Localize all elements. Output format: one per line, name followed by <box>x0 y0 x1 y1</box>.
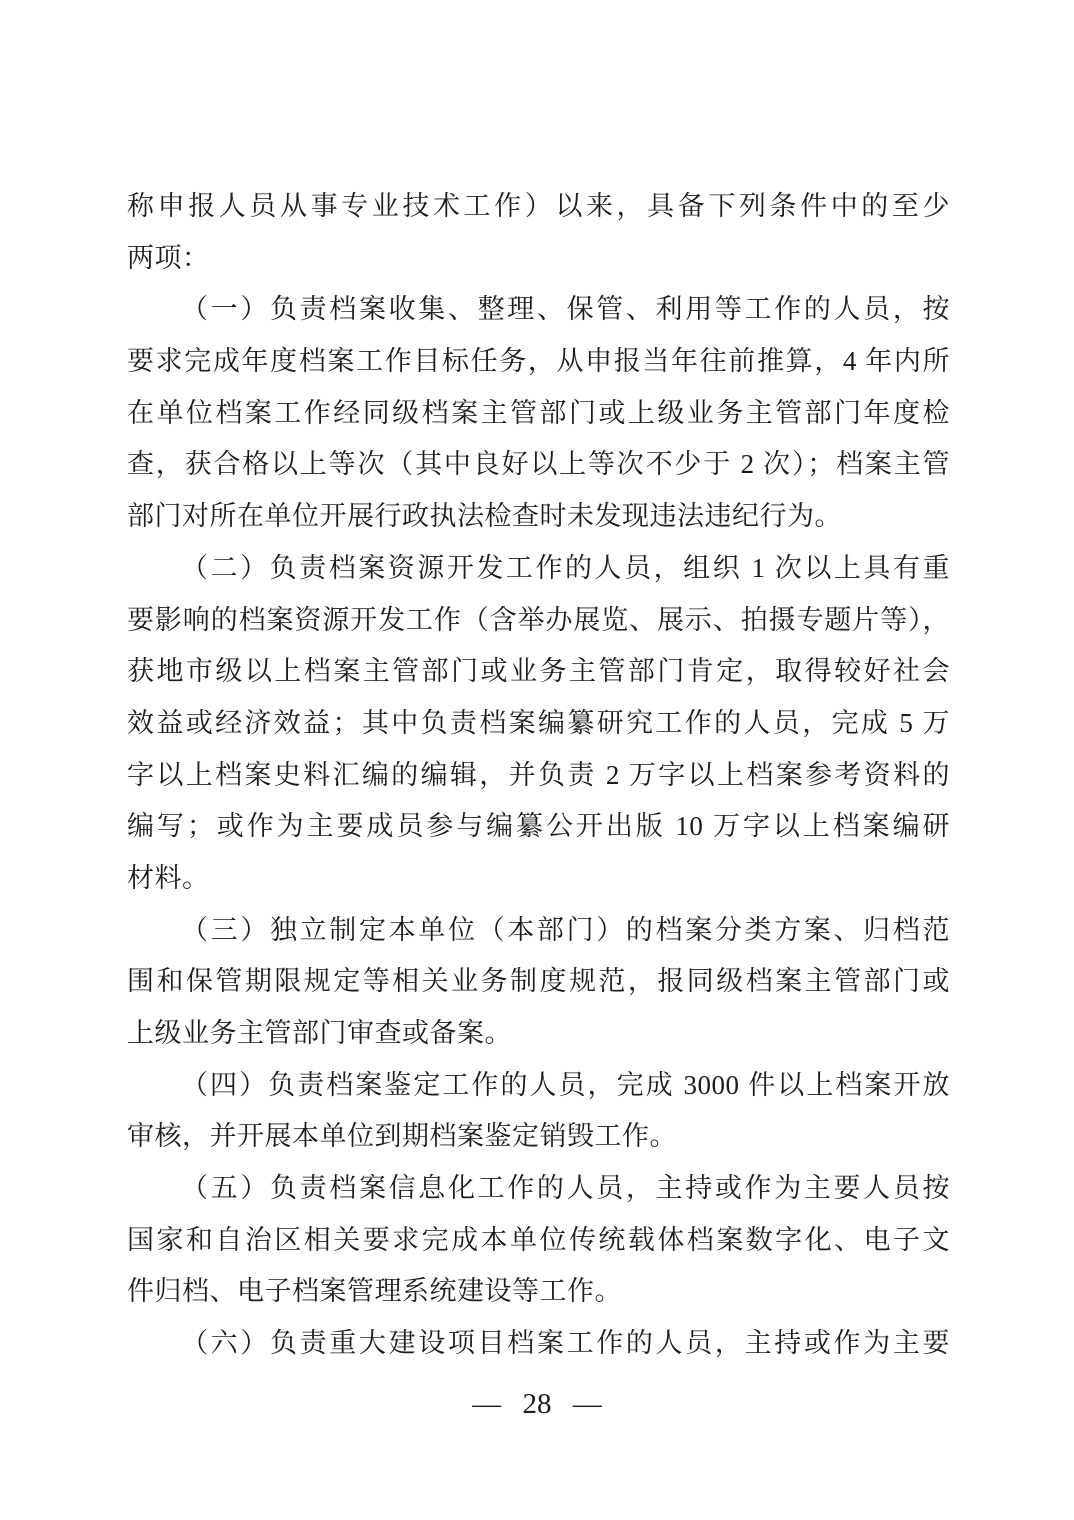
text-line: 部门对所在单位开展行政执法检查时未发现违法违纪行为。 <box>127 491 950 543</box>
text-line: （五）负责档案信息化工作的人员，主持或作为主要人员按 <box>127 1163 950 1215</box>
text-line: 要影响的档案资源开发工作（含举办展览、展示、拍摄专题片等）， <box>127 595 950 647</box>
document-body: 称申报人员从事专业技术工作）以来，具备下列条件中的至少两项：（一）负责档案收集、… <box>127 181 950 1370</box>
text-line: 要求完成年度档案工作目标任务，从申报当年往前推算，4 年内所 <box>127 336 950 388</box>
text-line: 在单位档案工作经同级档案主管部门或上级业务主管部门年度检 <box>127 388 950 440</box>
text-line: 围和保管期限规定等相关业务制度规范，报同级档案主管部门或 <box>127 956 950 1008</box>
text-line: 上级业务主管部门审查或备案。 <box>127 1008 950 1060</box>
text-line: 国家和自治区相关要求完成本单位传统载体档案数字化、电子文 <box>127 1215 950 1267</box>
text-line: 材料。 <box>127 853 950 905</box>
text-line: 获地市级以上档案主管部门或业务主管部门肯定，取得较好社会 <box>127 646 950 698</box>
text-line: 两项： <box>127 233 950 285</box>
text-line: 编写；或作为主要成员参与编纂公开出版 10 万字以上档案编研 <box>127 801 950 853</box>
text-line: （一）负责档案收集、整理、保管、利用等工作的人员，按 <box>127 284 950 336</box>
text-line: （二）负责档案资源开发工作的人员，组织 1 次以上具有重 <box>127 543 950 595</box>
text-line: 字以上档案史料汇编的编辑，并负责 2 万字以上档案参考资料的 <box>127 750 950 802</box>
document-page: 称申报人员从事专业技术工作）以来，具备下列条件中的至少两项：（一）负责档案收集、… <box>0 0 1074 1520</box>
text-line: （三）独立制定本单位（本部门）的档案分类方案、归档范 <box>127 905 950 957</box>
page-number: — 28 — <box>0 1384 1074 1424</box>
text-line: 查，获合格以上等次（其中良好以上等次不少于 2 次）；档案主管 <box>127 439 950 491</box>
text-line: （四）负责档案鉴定工作的人员，完成 3000 件以上档案开放 <box>127 1060 950 1112</box>
text-line: 审核，并开展本单位到期档案鉴定销毁工作。 <box>127 1111 950 1163</box>
text-line: 称申报人员从事专业技术工作）以来，具备下列条件中的至少 <box>127 181 950 233</box>
text-line: 件归档、电子档案管理系统建设等工作。 <box>127 1266 950 1318</box>
text-line: 效益或经济效益；其中负责档案编纂研究工作的人员，完成 5 万 <box>127 698 950 750</box>
text-line: （六）负责重大建设项目档案工作的人员，主持或作为主要 <box>127 1318 950 1370</box>
